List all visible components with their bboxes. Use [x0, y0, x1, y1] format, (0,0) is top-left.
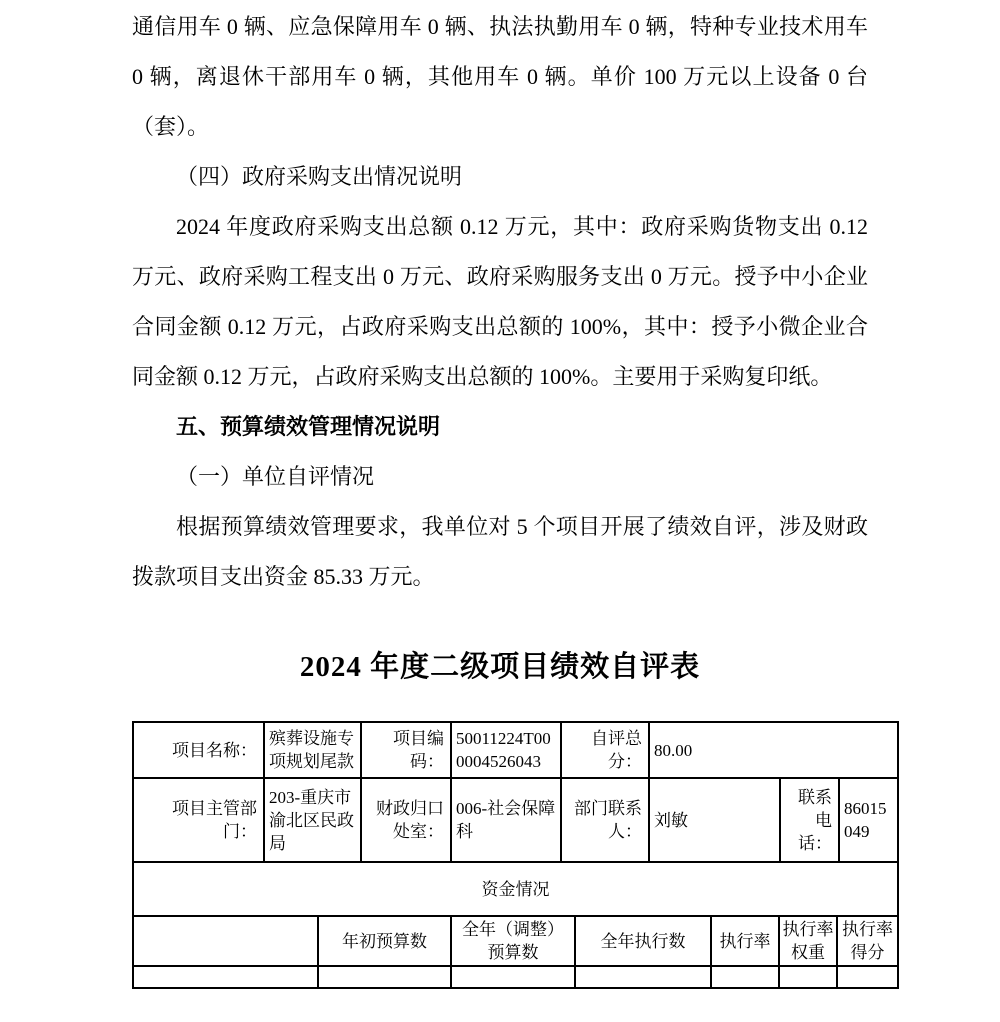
partial-row-cell — [712, 967, 780, 987]
table-row-funds-header: 年初预算数 全年（调整）预算数 全年执行数 执行率 执行率权重 执行率得分 — [134, 917, 897, 967]
heading-section-4-procurement: （四）政府采购支出情况说明 — [132, 152, 868, 202]
finance-office-value: 006-社会保障科 — [452, 779, 562, 861]
partial-row-cell — [576, 967, 712, 987]
paragraph-self-evaluation-detail: 根据预算绩效管理要求，我单位对 5 个项目开展了绩效自评，涉及财政拨款项目支出资… — [132, 502, 868, 602]
funds-header-execution-rate-score: 执行率得分 — [838, 917, 897, 965]
dept-contact-value: 刘敏 — [650, 779, 781, 861]
funds-header-initial-budget: 年初预算数 — [319, 917, 452, 965]
funds-header-annual-execution: 全年执行数 — [576, 917, 712, 965]
table-row-partial-clipped — [134, 967, 897, 987]
project-code-value: 50011224T000004526043 — [452, 723, 562, 777]
heading-section-5-performance: 五、预算绩效管理情况说明 — [132, 402, 868, 452]
document-page: 通信用车 0 辆、应急保障用车 0 辆、执法执勤用车 0 辆，特种专业技术用车 … — [0, 0, 1000, 1022]
table-row-funds-section: 资金情况 — [134, 863, 897, 917]
project-name-value: 殡葬设施专项规划尾款 — [265, 723, 362, 777]
project-name-label: 项目名称： — [134, 723, 265, 777]
funds-header-execution-rate-weight: 执行率权重 — [780, 917, 838, 965]
partial-row-cell — [134, 967, 319, 987]
table-title: 2024 年度二级项目绩效自评表 — [0, 644, 1000, 685]
funds-header-execution-rate: 执行率 — [712, 917, 780, 965]
funds-section-header: 资金情况 — [134, 863, 897, 915]
funds-header-adjusted-budget: 全年（调整）预算数 — [452, 917, 576, 965]
funds-header-empty-cell — [134, 917, 319, 965]
contact-phone-value: 86015049 — [840, 779, 897, 861]
supervising-dept-value: 203-重庆市渝北区民政局 — [265, 779, 362, 861]
table-row-project-info: 项目名称： 殡葬设施专项规划尾款 项目编码： 50011224T00000452… — [134, 723, 897, 779]
project-code-label: 项目编码： — [362, 723, 452, 777]
supervising-dept-label: 项目主管部门： — [134, 779, 265, 861]
table-row-department-info: 项目主管部门： 203-重庆市渝北区民政局 财政归口处室： 006-社会保障科 … — [134, 779, 897, 863]
document-body-text: 通信用车 0 辆、应急保障用车 0 辆、执法执勤用车 0 辆，特种专业技术用车 … — [132, 0, 868, 602]
partial-row-cell — [319, 967, 452, 987]
heading-self-evaluation: （一）单位自评情况 — [132, 452, 868, 502]
paragraph-vehicle-continuation: 通信用车 0 辆、应急保障用车 0 辆、执法执勤用车 0 辆，特种专业技术用车 … — [132, 2, 868, 152]
partial-row-cell — [780, 967, 838, 987]
paragraph-procurement-detail: 2024 年度政府采购支出总额 0.12 万元，其中：政府采购货物支出 0.12… — [132, 202, 868, 402]
self-eval-score-value: 80.00 — [650, 723, 897, 777]
finance-office-label: 财政归口处室： — [362, 779, 452, 861]
dept-contact-label: 部门联系人： — [562, 779, 650, 861]
self-eval-score-label: 自评总分： — [562, 723, 650, 777]
evaluation-table: 项目名称： 殡葬设施专项规划尾款 项目编码： 50011224T00000452… — [132, 721, 899, 989]
partial-row-cell — [452, 967, 576, 987]
partial-row-cell — [838, 967, 897, 987]
contact-phone-label: 联系电话： — [781, 779, 840, 861]
